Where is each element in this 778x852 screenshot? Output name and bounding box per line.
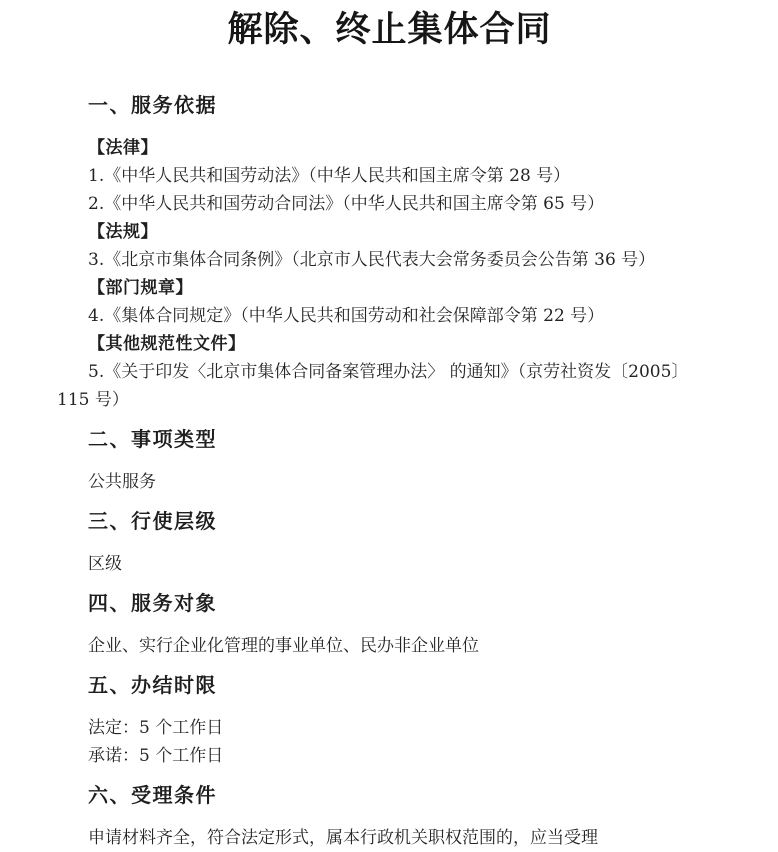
list-item-law-2: 2.《中华人民共和国劳动合同法》（中华人民共和国主席令第 65 号） <box>57 190 722 218</box>
heading-item-type: 二、事项类型 <box>57 427 722 451</box>
heading-acceptance-conditions: 六、受理条件 <box>57 783 722 807</box>
heading-completion-time-limit: 五、办结时限 <box>57 673 722 697</box>
list-item-other-5-line2: 115 号） <box>57 386 722 414</box>
service-target-value: 企业、实行企业化管理的事业单位、民办非企业单位 <box>57 632 722 660</box>
promised-time-limit: 承诺：5 个工作日 <box>57 742 722 770</box>
statutory-time-limit: 法定：5 个工作日 <box>57 714 722 742</box>
exercise-level-value: 区级 <box>57 550 722 578</box>
category-label-law: 【法律】 <box>57 134 722 162</box>
list-item-law-1: 1.《中华人民共和国劳动法》（中华人民共和国主席令第 28 号） <box>57 162 722 190</box>
heading-exercise-level: 三、行使层级 <box>57 509 722 533</box>
section-service-basis: 一、服务依据 【法律】 1.《中华人民共和国劳动法》（中华人民共和国主席令第 2… <box>57 93 722 414</box>
list-item-regulation-3: 3.《北京市集体合同条例》（北京市人民代表大会常务委员会公告第 36 号） <box>57 246 722 274</box>
document-title: 解除、终止集体合同 <box>57 8 722 52</box>
section-service-target: 四、服务对象 企业、实行企业化管理的事业单位、民办非企业单位 <box>57 591 722 660</box>
heading-service-target: 四、服务对象 <box>57 591 722 615</box>
document-page: 解除、终止集体合同 一、服务依据 【法律】 1.《中华人民共和国劳动法》（中华人… <box>0 0 778 852</box>
section-acceptance-conditions: 六、受理条件 申请材料齐全，符合法定形式，属本行政机关职权范围的，应当受理 <box>57 783 722 852</box>
section-completion-time-limit: 五、办结时限 法定：5 个工作日 承诺：5 个工作日 <box>57 673 722 770</box>
category-label-other-normative-docs: 【其他规范性文件】 <box>57 330 722 358</box>
category-label-departmental-rules: 【部门规章】 <box>57 274 722 302</box>
section-exercise-level: 三、行使层级 区级 <box>57 509 722 578</box>
acceptance-condition-text: 申请材料齐全，符合法定形式，属本行政机关职权范围的，应当受理 <box>57 824 722 852</box>
category-label-regulation: 【法规】 <box>57 218 722 246</box>
heading-service-basis: 一、服务依据 <box>57 93 722 117</box>
section-item-type: 二、事项类型 公共服务 <box>57 427 722 496</box>
list-item-other-5-line1: 5.《关于印发〈北京市集体合同备案管理办法〉 的通知》（京劳社资发〔2005〕 <box>57 358 722 386</box>
item-type-value: 公共服务 <box>57 468 722 496</box>
list-item-departmental-4: 4.《集体合同规定》（中华人民共和国劳动和社会保障部令第 22 号） <box>57 302 722 330</box>
